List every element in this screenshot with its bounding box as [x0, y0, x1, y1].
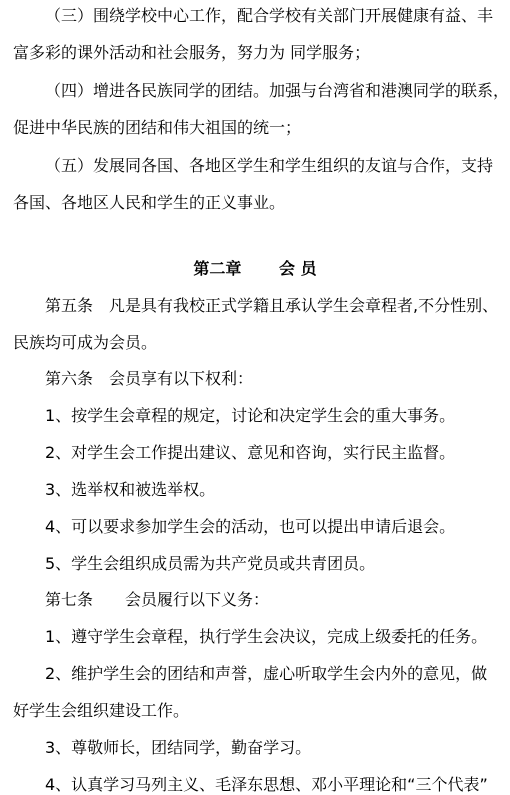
article-five-line-1: 第五条 凡是具有我校正式学籍且承认学生会章程者,不分性别、 [45, 296, 498, 316]
article-seven-item-4: 4、认真学习马列主义、毛泽东思想、邓小平理论和“三个代表” [45, 775, 488, 795]
article-seven-item-2-line-1: 2、维护学生会的团结和声誉，虚心听取学生会内外的意见，做 [45, 664, 487, 684]
article-six-title: 第六条 会员享有以下权利： [45, 369, 253, 389]
article-seven-item-3: 3、尊敬师长，团结同学，勤奋学习。 [45, 738, 311, 758]
chapter-heading: 第二章 会 员 [0, 259, 510, 279]
paragraph-five-line-2: 各国、各地区人民和学生的正义事业。 [13, 193, 285, 213]
paragraph-five-line-1: （五）发展同各国、各地区学生和学生组织的友谊与合作，支持 [45, 156, 493, 176]
article-seven-item-1: 1、遵守学生会章程，执行学生会决议，完成上级委托的任务。 [45, 627, 487, 647]
article-six-item-3: 3、选举权和被选举权。 [45, 480, 215, 500]
article-seven-title: 第七条 会员履行以下义务： [45, 590, 269, 610]
article-six-item-1: 1、按学生会章程的规定，讨论和决定学生会的重大事务。 [45, 406, 455, 426]
article-seven-item-2-line-2: 好学生会组织建设工作。 [13, 701, 189, 721]
article-six-item-2: 2、对学生会工作提出建议、意见和咨询，实行民主监督。 [45, 443, 455, 463]
article-six-item-4: 4、可以要求参加学生会的活动，也可以提出申请后退会。 [45, 517, 455, 537]
paragraph-three-line-2: 富多彩的课外活动和社会服务，努力为 同学服务； [13, 43, 370, 63]
article-six-item-5: 5、学生会组织成员需为共产党员或共青团员。 [45, 554, 375, 574]
paragraph-three-line-1: （三）围绕学校中心工作，配合学校有关部门开展健康有益、丰 [45, 6, 493, 26]
article-five-line-2: 民族均可成为会员。 [13, 333, 157, 353]
paragraph-four-line-1: （四）增进各民族同学的团结。加强与台湾省和港澳同学的联系， [45, 81, 509, 101]
paragraph-four-line-2: 促进中华民族的团结和伟大祖国的统一； [13, 118, 301, 138]
